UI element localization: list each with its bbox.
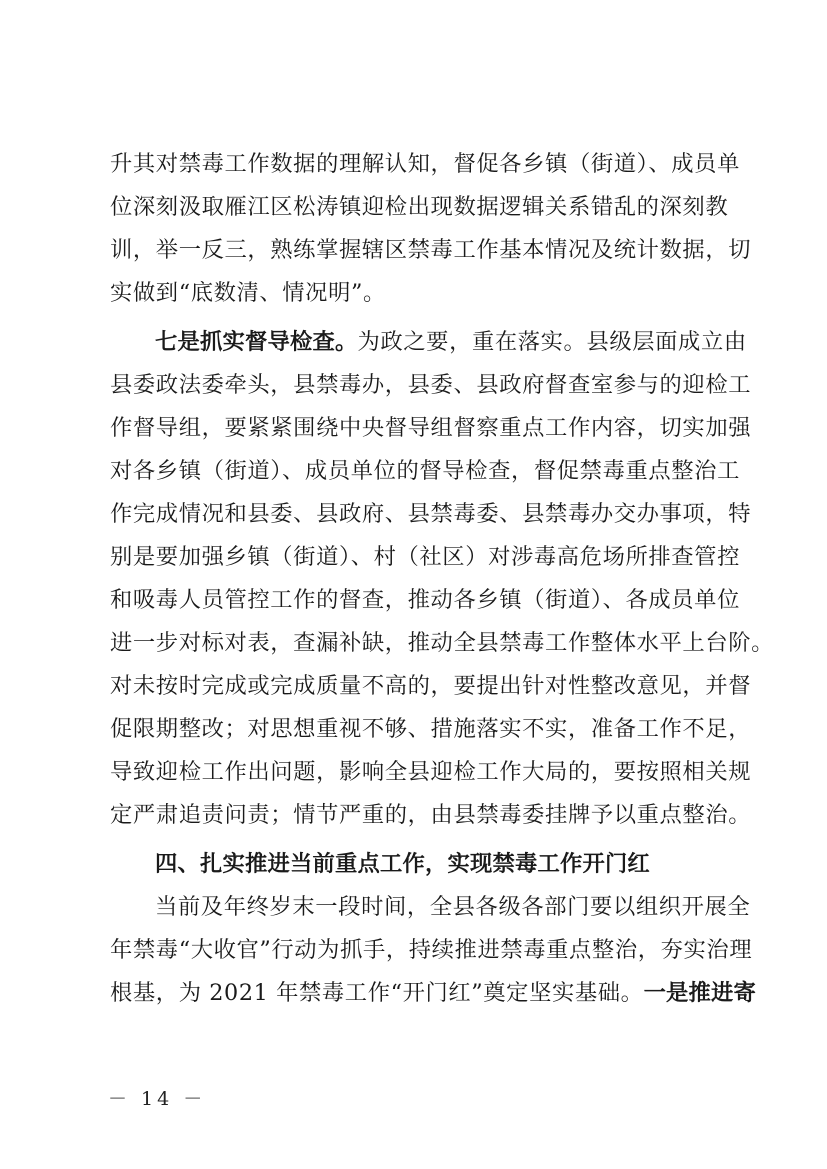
paragraph-lead: 七是抓实督导检查。	[155, 329, 357, 355]
text-line: 实做到“底数清、情况明”。	[110, 272, 724, 315]
document-body: 升其对禁毒工作数据的理解认知，督促各乡镇（街道）、成员单 位深刻汲取雁江区松涛镇…	[110, 143, 724, 1015]
text-fragment: 根基，为 2021 年禁毒工作“开门红”奠定坚实基础。	[110, 980, 644, 1006]
text-line: 作完成情况和县委、县政府、县禁毒委、县禁毒办交办事项，特	[110, 493, 724, 536]
document-page: 升其对禁毒工作数据的理解认知，督促各乡镇（街道）、成员单 位深刻汲取雁江区松涛镇…	[0, 0, 827, 1169]
text-line: 当前及年终岁末一段时间，全县各级各部门要以组织开展全	[110, 886, 724, 929]
text-line: 别是要加强乡镇（街道）、村（社区）对涉毒高危场所排查管控	[110, 536, 724, 579]
text-line: 导致迎检工作出问题，影响全县迎检工作大局的，要按照相关规	[110, 751, 724, 794]
text-line: 对各乡镇（街道）、成员单位的督导检查，督促禁毒重点整治工	[110, 450, 724, 493]
text-line: 县委政法委牵头，县禁毒办，县委、县政府督查室参与的迎检工	[110, 364, 724, 407]
text-line: 升其对禁毒工作数据的理解认知，督促各乡镇（街道）、成员单	[110, 143, 724, 186]
paragraph-lead: 一是推进寄	[644, 980, 757, 1006]
text-line: 根基，为 2021 年禁毒工作“开门红”奠定坚实基础。一是推进寄	[110, 972, 724, 1015]
text-line: 和吸毒人员管控工作的督查，推动各乡镇（街道）、各成员单位	[110, 579, 724, 622]
text-line: 定严肃追责问责；情节严重的，由县禁毒委挂牌予以重点整治。	[110, 794, 724, 837]
text-line: 训，举一反三，熟练掌握辖区禁毒工作基本情况及统计数据，切	[110, 229, 724, 272]
paragraph-continuation: 升其对禁毒工作数据的理解认知，督促各乡镇（街道）、成员单 位深刻汲取雁江区松涛镇…	[110, 143, 724, 315]
section-heading: 四、扎实推进当前重点工作，实现禁毒工作开门红	[110, 843, 724, 886]
text-fragment: 为政之要，重在落实。县级层面成立由	[357, 329, 746, 355]
text-line: 作督导组，要紧紧围绕中央督导组督察重点工作内容，切实加强	[110, 407, 724, 450]
paragraph-body: 当前及年终岁末一段时间，全县各级各部门要以组织开展全 年禁毒“大收官”行动为抓手…	[110, 886, 724, 1015]
text-line: 年禁毒“大收官”行动为抓手，持续推进禁毒重点整治，夯实治理	[110, 929, 724, 972]
text-line: 对未按时完成或完成质量不高的，要提出针对性整改意见，并督	[110, 665, 724, 708]
text-line: 七是抓实督导检查。为政之要，重在落实。县级层面成立由	[110, 321, 724, 364]
text-line: 促限期整改；对思想重视不够、措施落实不实，准备工作不足，	[110, 708, 724, 751]
text-line: 进一步对标对表，查漏补缺，推动全县禁毒工作整体水平上台阶。	[110, 622, 724, 665]
text-line: 位深刻汲取雁江区松涛镇迎检出现数据逻辑关系错乱的深刻教	[110, 186, 724, 229]
paragraph-item-seven: 七是抓实督导检查。为政之要，重在落实。县级层面成立由 县委政法委牵头，县禁毒办，…	[110, 321, 724, 837]
page-number: － 14 －	[108, 1084, 206, 1111]
